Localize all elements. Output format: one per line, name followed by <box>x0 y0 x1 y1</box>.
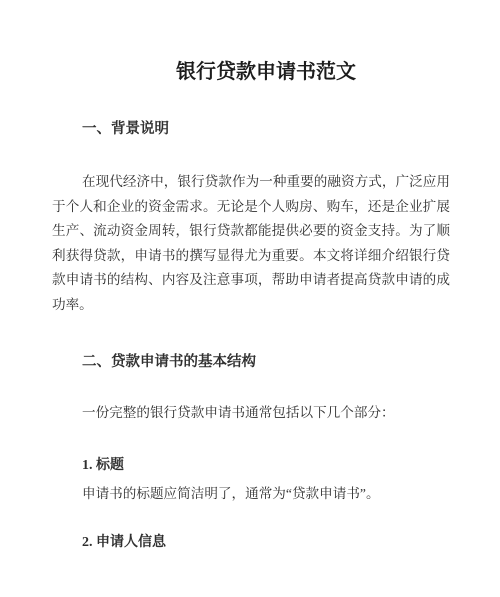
paragraph-structure-intro: 一份完整的银行贷款申请书通常包括以下几个部分： <box>52 401 450 426</box>
document-body: 银行贷款申请书范文 一、背景说明 在现代经济中，银行贷款作为一种重要的融资方式，… <box>52 58 450 553</box>
document-page: 银行贷款申请书范文 一、背景说明 在现代经济中，银行贷款作为一种重要的融资方式，… <box>0 0 500 597</box>
subsection-heading-title: 1. 标题 <box>52 456 450 476</box>
section-heading-background: 一、背景说明 <box>52 119 450 139</box>
subsection-heading-applicant-info: 2. 申请人信息 <box>52 533 450 553</box>
paragraph-title-explanation: 申请书的标题应简洁明了，通常为“贷款申请书”。 <box>52 482 450 507</box>
paragraph-background-intro: 在现代经济中，银行贷款作为一种重要的融资方式，广泛应用于个人和企业的资金需求。无… <box>52 170 450 317</box>
document-title: 银行贷款申请书范文 <box>52 58 450 86</box>
section-heading-structure: 二、贷款申请书的基本结构 <box>52 352 450 372</box>
